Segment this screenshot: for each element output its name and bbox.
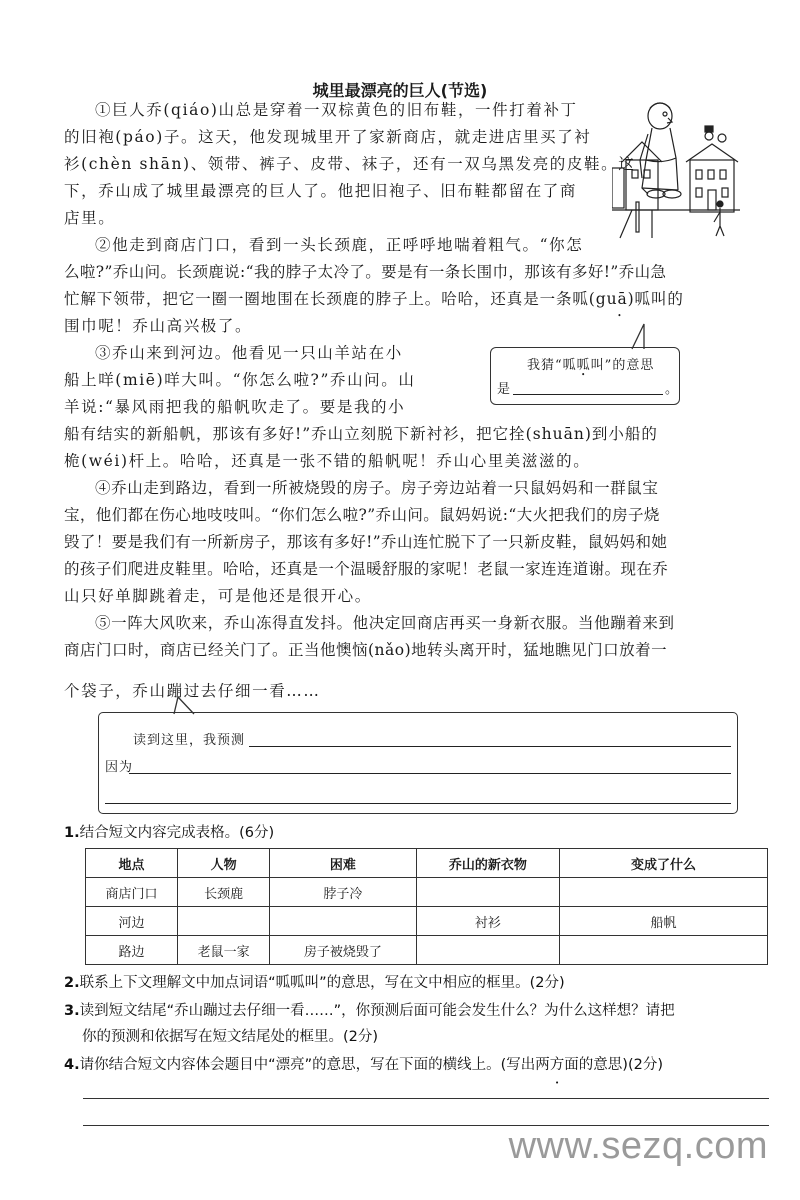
table-header: 地点 [86, 849, 178, 878]
guess-bubble-line-1: 我猜“呱呱叫”的意思 [527, 354, 654, 373]
guess-prefix: 我猜“ [527, 358, 563, 373]
guess-bubble: 我猜“呱呱叫”的意思 是 。 [490, 347, 680, 405]
question-4-text-a: 请你结合短文内容体会题目中“漂亮”的意思，写在下面的横线上。(写出 [80, 1057, 536, 1073]
table-header: 变成了什么 [559, 849, 767, 878]
watermark: www.sezq.com [509, 1125, 768, 1168]
reason-answer-line-1[interactable] [129, 773, 731, 774]
paragraph-4-line-2: 宝，他们都在伤心地吱吱叫。“你们怎么啦?”乔山问。鼠妈妈说:“大火把我们的房子烧 [64, 502, 660, 529]
question-3-text: 读到短文结尾“乔山蹦过去仔细一看……”，你预测后面可能会发生什么？为什么这样想？… [80, 1003, 675, 1019]
guess-period: 。 [665, 378, 679, 397]
table-cell: 河边 [86, 907, 178, 936]
paragraph-4-line-1: ④乔山走到路边，看到一所被烧毁的房子。房子旁边站着一只鼠妈妈和一群鼠宝 [95, 475, 659, 502]
paragraph-5-line-2: 商店门口时，商店已经关门了。正当他懊恼(nǎo)地转头离开时，猛地瞧见门口放着一 [64, 637, 667, 664]
question-1-text: 结合短文内容完成表格。(6分) [80, 825, 275, 841]
question-4-text-b: 的意思)(2分) [579, 1057, 663, 1073]
table-cell: 房子被烧毁了 [270, 936, 417, 965]
table-header: 困难 [270, 849, 417, 878]
reason-answer-line-2[interactable] [105, 803, 731, 804]
table-cell-blank[interactable] [416, 878, 559, 907]
question-2: 2.联系上下文理解文中加点词语“呱呱叫”的意思，写在文中相应的框里。(2分) [64, 970, 565, 996]
paragraph-2-line-3-text: 忙解下领带，把它一圈一圈地围在长颈鹿的脖子上。哈哈，还真是一条 [64, 290, 572, 308]
question-3-number: 3. [64, 1003, 80, 1019]
table-row: 商店门口 长颈鹿 脖子冷 [86, 878, 768, 907]
prediction-label: 读到这里，我预测 [133, 729, 245, 748]
table-cell-blank[interactable] [270, 907, 417, 936]
table-cell: 衬衫 [416, 907, 559, 936]
question-4: 4.请你结合短文内容体会题目中“漂亮”的意思，写在下面的横线上。(写出两方面的意… [64, 1052, 663, 1078]
dotted-word-guaguajiao: 呱(guā)呱叫 [572, 290, 667, 308]
question-3-continued: 你的预测和依据写在短文结尾处的框里。(2分) [82, 1024, 378, 1050]
table-cell-blank[interactable] [559, 936, 767, 965]
paragraph-1-line-1: ①巨人乔(qiáo)山总是穿着一双棕黄色的旧布鞋，一件打着补丁 [95, 97, 578, 124]
paragraph-3-line-2: 船上咩(miē)咩大叫。“你怎么啦?”乔山问。山 [64, 367, 415, 394]
prediction-answer-line[interactable] [249, 746, 731, 747]
question-4-dotted-word: 两方面 [535, 1057, 579, 1073]
paragraph-2-line-4: 围巾呢！乔山高兴极了。 [64, 313, 252, 340]
paragraph-1-line-5: 店里。 [64, 205, 115, 232]
table-header-row: 地点 人物 困难 乔山的新衣物 变成了什么 [86, 849, 768, 878]
paragraph-3-line-4: 船有结实的新船帆，那该有多好!”乔山立刻脱下新衬衫，把它拴(shuān)到小船的 [64, 421, 658, 448]
question-4-answer-line-1[interactable] [83, 1098, 769, 1099]
table-header: 人物 [178, 849, 270, 878]
table-cell: 路边 [86, 936, 178, 965]
paragraph-2-line-2: 么啦?”乔山问。长颈鹿说:“我的脖子太冷了。要是有一条长围巾，那该有多好!”乔山… [64, 259, 666, 286]
table-header: 乔山的新衣物 [416, 849, 559, 878]
table-cell: 船帆 [559, 907, 767, 936]
paragraph-1-line-3: 衫(chèn shān)、领带、裤子、皮带、袜子，还有一双乌黑发亮的皮鞋。这 [64, 151, 635, 178]
answer-table: 地点 人物 困难 乔山的新衣物 变成了什么 商店门口 长颈鹿 脖子冷 河边 衬衫… [85, 848, 768, 965]
question-4-number: 4. [64, 1057, 80, 1073]
paragraph-3-line-5: 桅(wéi)杆上。哈哈，还真是一张不错的船帆呢！乔山心里美滋滋的。 [64, 448, 590, 475]
guess-suffix: ”的意思 [605, 358, 655, 373]
prediction-bubble: 读到这里，我预测 因为 [98, 712, 738, 814]
question-2-number: 2. [64, 975, 80, 991]
guess-bubble-line-2: 是 [497, 378, 511, 397]
table-cell-blank[interactable] [416, 936, 559, 965]
table-cell: 老鼠一家 [178, 936, 270, 965]
table-row: 河边 衬衫 船帆 [86, 907, 768, 936]
table-cell-blank[interactable] [559, 878, 767, 907]
paragraph-2-line-3: 忙解下领带，把它一圈一圈地围在长颈鹿的脖子上。哈哈，还真是一条呱(guā)呱叫的 [64, 286, 684, 313]
table-row: 路边 老鼠一家 房子被烧毁了 [86, 936, 768, 965]
table-cell: 商店门口 [86, 878, 178, 907]
paragraph-4-line-5: 山只好单脚跳着走，可是他还是很开心。 [64, 583, 372, 610]
guess-bubble-tail [630, 322, 650, 350]
question-2-text: 联系上下文理解文中加点词语“呱呱叫”的意思，写在文中相应的框里。(2分) [80, 975, 565, 991]
table-cell: 脖子冷 [270, 878, 417, 907]
paragraph-1-line-4: 下，乔山成了城里最漂亮的巨人了。他把旧袍子、旧布鞋都留在了商 [64, 178, 577, 205]
question-3: 3.读到短文结尾“乔山蹦过去仔细一看……”，你预测后面可能会发生什么？为什么这样… [64, 998, 675, 1024]
guess-answer-blank[interactable] [513, 394, 663, 395]
question-1: 1.结合短文内容完成表格。(6分) [64, 820, 274, 846]
paragraph-1-line-2: 的旧袍(páo)子。这天，他发现城里开了家新商店，就走进店里买了衬 [64, 124, 591, 151]
paragraph-4-line-4: 的孩子们爬进皮鞋里。哈哈，还真是一个温暖舒服的家呢！老鼠一家连连道谢。现在乔 [64, 556, 668, 583]
paragraph-2-line-1: ②他走到商店门口，看到一头长颈鹿，正呼呼地喘着粗气。“你怎 [95, 232, 583, 259]
paragraph-2-line-3-end: 的 [667, 290, 683, 308]
paragraph-3-line-1: ③乔山来到河边。他看见一只山羊站在小 [95, 340, 403, 367]
guess-dotted-word: 呱呱叫 [563, 358, 605, 373]
paragraph-4-line-3: 毁了！要是我们有一所新房子，那该有多好!”乔山连忙脱下了一只新皮鞋，鼠妈妈和她 [64, 529, 667, 556]
paragraph-3-line-3: 羊说:“暴风雨把我的船帆吹走了。要是我的小 [64, 394, 405, 421]
table-cell: 长颈鹿 [178, 878, 270, 907]
question-1-number: 1. [64, 825, 80, 841]
paragraph-5-line-1: ⑤一阵大风吹来，乔山冻得直发抖。他决定回商店再买一身新衣服。当他蹦着来到 [95, 610, 675, 637]
table-cell-blank[interactable] [178, 907, 270, 936]
